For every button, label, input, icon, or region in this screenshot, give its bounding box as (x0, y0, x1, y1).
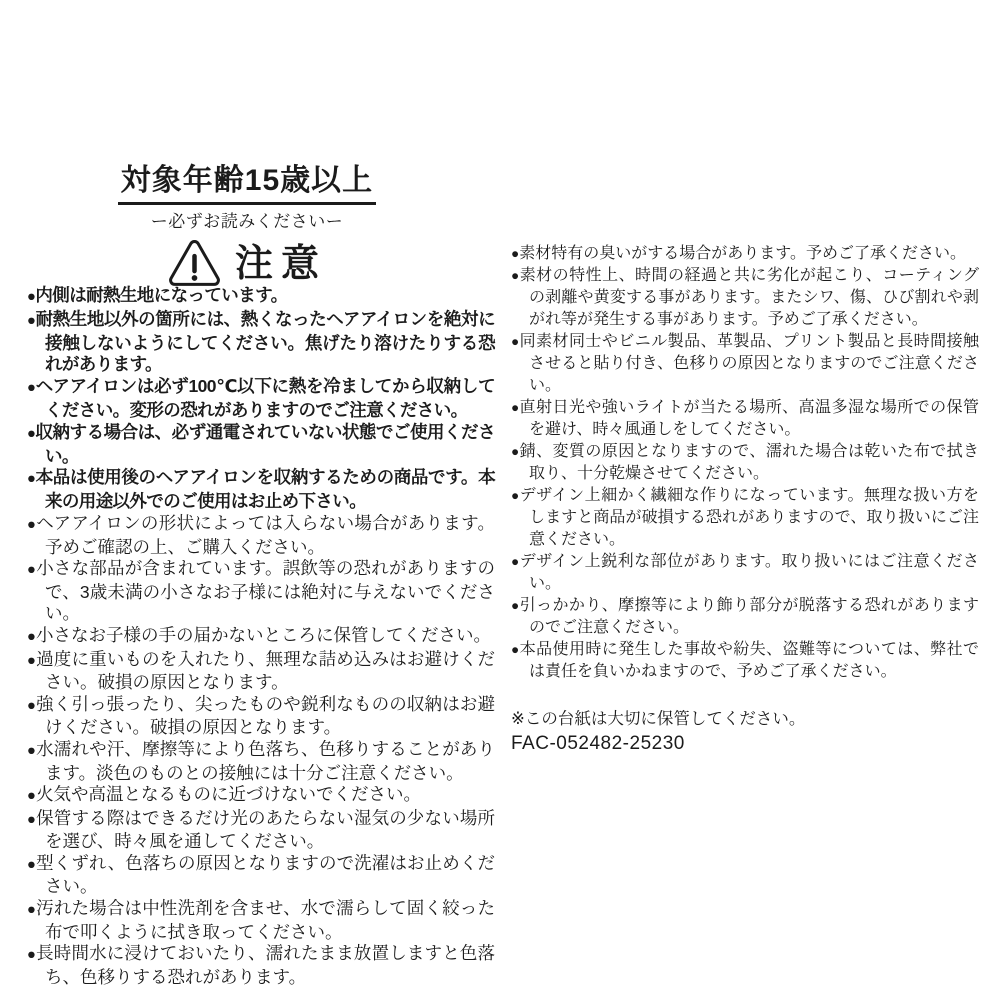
notice-item: ●汚れた場合は中性洗剤を含ませ、水で濡らして固く絞った布で叩くように拭き取ってく… (27, 898, 495, 943)
notice-text: 小さな部品が含まれています。誤飲等の恐れがありますので、3歳未満の小さなお子様に… (36, 558, 495, 623)
bullet-icon: ● (27, 812, 36, 828)
notice-item: ●小さな部品が含まれています。誤飲等の恐れがありますので、3歳未満の小さなお子様… (27, 558, 495, 625)
notice-text: 内側は耐熱生地になっています。 (35, 285, 287, 305)
notice-text: 過度に重いものを入れたり、無理な詰め込みはお避けください。破損の原因となります。 (36, 649, 495, 693)
notice-text: 長時間水に浸けておいたり、濡れたまま放置しますと色落ち、色移りする恐れがあります… (36, 943, 495, 987)
bullet-icon: ● (511, 642, 520, 657)
left-notice-column: ●内側は耐熱生地になっています。 ●耐熱生地以外の箇所には、熱くなったヘアアイロ… (27, 285, 495, 988)
notice-item: ●ヘアアイロンは必ず100℃以下に熱を冷ましてから収納してください。変形の恐れが… (27, 376, 495, 422)
bullet-icon: ● (511, 334, 520, 349)
bullet-icon: ● (27, 426, 36, 442)
notice-text: 直射日光や強いライトが当たる場所、高温多湿な場所での保管を避け、時々風通しをして… (520, 399, 979, 438)
bullet-icon: ● (27, 788, 36, 804)
notice-text: ヘアアイロンは必ず100℃以下に熱を冷ましてから収納してください。変形の恐れがあ… (36, 376, 495, 420)
bullet-icon: ● (27, 629, 36, 645)
notice-item: ●本品は使用後のヘアアイロンを収納するための商品です。本来の用途以外でのご使用は… (27, 467, 495, 513)
bullet-icon: ● (511, 400, 520, 415)
notice-text: デザイン上細かく繊細な作りになっています。無理な扱い方をしますと商品が破損する恐… (520, 487, 979, 548)
bullet-icon: ● (511, 488, 520, 503)
notice-text: 収納する場合は、必ず通電されていない状態でご使用ください。 (36, 422, 495, 466)
notice-item: ●長時間水に浸けておいたり、濡れたまま放置しますと色落ち、色移りする恐れがありま… (27, 943, 495, 988)
notice-text: 素材特有の臭いがする場合があります。予めご了承ください。 (519, 245, 966, 262)
bullet-icon: ● (511, 554, 520, 569)
notice-text: 小さなお子様の手の届かないところに保管してください。 (36, 625, 491, 645)
notice-item: ●素材の特性上、時間の経過と共に劣化が起こり、コーティングの剥離や黄変する事があ… (511, 265, 979, 331)
caution-title: 注意 (235, 245, 327, 283)
notice-item: ●ヘアアイロンの形状によっては入らない場合があります。予めご確認の上、ご購入くだ… (27, 513, 495, 558)
notice-item: ●火気や高温となるものに近づけないでください。 (27, 784, 495, 808)
notice-text: 火気や高温となるものに近づけないでください。 (36, 784, 421, 804)
warning-triangle-icon (167, 239, 222, 289)
notice-text: 耐熱生地以外の箇所には、熱くなったヘアアイロンを絶対に接触しないようにしてくださ… (36, 309, 495, 375)
notice-item: ●強く引っ張ったり、尖ったものや鋭利なものの収納はお避けください。破損の原因とな… (27, 694, 495, 739)
notice-text: 本品使用時に発生した事故や紛失、盗難等については、弊社では責任を負いかねますので… (520, 641, 979, 680)
notice-text: 引っかかり、摩擦等により飾り部分が脱落する恐れがありますのでご注意ください。 (520, 597, 979, 636)
footer: ※この台紙は大切に保管してください。 FAC-052482-25230 (511, 707, 979, 757)
notice-text: 素材の特性上、時間の経過と共に劣化が起こり、コーティングの剥離や黄変する事があり… (520, 267, 979, 328)
notice-text: 水濡れや汗、摩擦等により色落ち、色移りすることがあります。淡色のものとの接触には… (36, 739, 495, 783)
notice-text: ヘアアイロンの形状によっては入らない場合があります。予めご確認の上、ご購入くださ… (36, 513, 495, 557)
notice-item: ●保管する際はできるだけ光のあたらない湿気の少ない場所を選び、時々風を通してくだ… (27, 808, 495, 853)
notice-text: 汚れた場合は中性洗剤を含ませ、水で濡らして固く絞った布で叩くように拭き取ってくだ… (36, 898, 495, 942)
notice-item: ●デザイン上鋭利な部位があります。取り扱いにはご注意ください。 (511, 551, 979, 595)
notice-item: ●耐熱生地以外の箇所には、熱くなったヘアアイロンを絶対に接触しないようにしてくだ… (27, 309, 495, 376)
notice-text: 強く引っ張ったり、尖ったものや鋭利なものの収納はお避けください。破損の原因となり… (36, 694, 495, 738)
header: 対象年齢15歳以上 ー必ずお読みくださいー 注意 (112, 163, 382, 289)
bullet-icon: ● (27, 947, 36, 963)
caution-heading: 注意 (112, 239, 382, 289)
notice-item: ●直射日光や強いライトが当たる場所、高温多湿な場所での保管を避け、時々風通しをし… (511, 397, 979, 441)
product-code: FAC-052482-25230 (511, 731, 979, 757)
bullet-icon: ● (511, 246, 519, 261)
notice-item: ●水濡れや汗、摩擦等により色落ち、色移りすることがあります。淡色のものとの接触に… (27, 739, 495, 784)
bullet-icon: ● (27, 902, 36, 918)
bullet-icon: ● (27, 471, 36, 487)
notice-item: ●本品使用時に発生した事故や紛失、盗難等については、弊社では責任を負いかねますの… (511, 639, 979, 683)
right-notice-column: ●素材特有の臭いがする場合があります。予めご了承ください。 ●素材の特性上、時間… (511, 243, 979, 757)
age-notice-title: 対象年齢15歳以上 (118, 163, 376, 205)
right-notice-list: ●素材特有の臭いがする場合があります。予めご了承ください。 ●素材の特性上、時間… (511, 243, 979, 683)
notice-item: ●引っかかり、摩擦等により飾り部分が脱落する恐れがありますのでご注意ください。 (511, 595, 979, 639)
notice-text: デザイン上鋭利な部位があります。取り扱いにはご注意ください。 (520, 553, 979, 592)
notice-item: ●錆、変質の原因となりますので、濡れた場合は乾いた布で拭き取り、十分乾燥させてく… (511, 441, 979, 485)
notice-item: ●内側は耐熱生地になっています。 (27, 285, 495, 309)
bullet-icon: ● (27, 857, 36, 873)
read-notice-subtitle: ー必ずお読みくださいー (112, 207, 382, 232)
bullet-icon: ● (27, 743, 36, 759)
bullet-icon: ● (27, 517, 36, 533)
notice-text: 型くずれ、色落ちの原因となりますので洗濯はお止めください。 (36, 853, 495, 897)
notice-item: ●小さなお子様の手の届かないところに保管してください。 (27, 625, 495, 649)
keep-card-note: ※この台紙は大切に保管してください。 (511, 707, 979, 731)
notice-item: ●型くずれ、色落ちの原因となりますので洗濯はお止めください。 (27, 853, 495, 898)
notice-item: ●同素材同士やビニル製品、革製品、プリント製品と長時間接触させると貼り付き、色移… (511, 331, 979, 397)
notice-item: ●デザイン上細かく繊細な作りになっています。無理な扱い方をしますと商品が破損する… (511, 485, 979, 551)
bullet-icon: ● (27, 562, 36, 578)
bullet-icon: ● (511, 444, 520, 459)
notice-text: 本品は使用後のヘアアイロンを収納するための商品です。本来の用途以外でのご使用はお… (36, 467, 495, 511)
notice-text: 同素材同士やビニル製品、革製品、プリント製品と長時間接触させると貼り付き、色移り… (520, 333, 979, 394)
notice-item: ●素材特有の臭いがする場合があります。予めご了承ください。 (511, 243, 979, 265)
notice-item: ●収納する場合は、必ず通電されていない状態でご使用ください。 (27, 422, 495, 468)
bullet-icon: ● (511, 268, 520, 283)
notice-text: 錆、変質の原因となりますので、濡れた場合は乾いた布で拭き取り、十分乾燥させてくだ… (520, 443, 979, 482)
bullet-icon: ● (511, 598, 520, 613)
notice-text: 保管する際はできるだけ光のあたらない湿気の少ない場所を選び、時々風を通してくださ… (36, 808, 495, 852)
caution-card-page: 対象年齢15歳以上 ー必ずお読みくださいー 注意 ●内側は耐熱生地になっています… (0, 0, 1000, 1000)
bullet-icon: ● (27, 653, 36, 669)
notice-item: ●過度に重いものを入れたり、無理な詰め込みはお避けください。破損の原因となります… (27, 649, 495, 694)
bullet-icon: ● (27, 380, 36, 396)
bullet-icon: ● (27, 698, 36, 714)
bullet-icon: ● (27, 313, 36, 329)
